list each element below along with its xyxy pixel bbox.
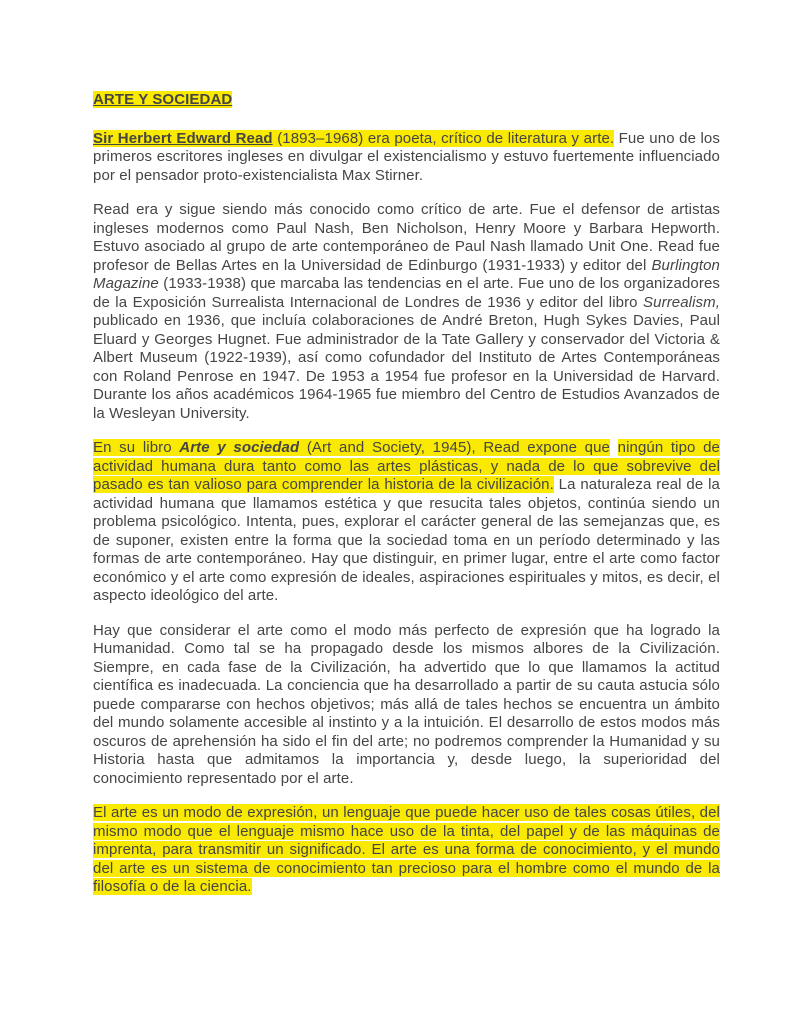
text-run: Surrealism, [643, 294, 720, 311]
paragraph-author-intro: Sir Herbert Edward Read (1893–1968) era … [93, 130, 720, 186]
text-run [610, 439, 618, 456]
paragraph-career: Read era y sigue siendo más conocido com… [93, 201, 720, 423]
highlighted-text-run: En su libro [93, 439, 179, 456]
highlighted-text-run: El arte es un modo de expresión, un leng… [93, 804, 720, 895]
text-run: Hay que considerar el arte como el modo … [93, 622, 720, 787]
document-title: ARTE Y SOCIEDAD [93, 91, 720, 110]
text-run: publicado en 1936, que incluía colaborac… [93, 312, 720, 422]
document-page: { "page": { "background_color": "#ffffff… [0, 0, 791, 1024]
highlighted-text-run: Arte y sociedad [179, 439, 299, 456]
highlighted-text-run: (Art and Society, 1945), Read expone que [299, 439, 610, 456]
page-canvas: ARTE Y SOCIEDADSir Herbert Edward Read (… [0, 0, 791, 1024]
paragraph-art-language: El arte es un modo de expresión, un leng… [93, 804, 720, 897]
paragraph-arte-y-sociedad: En su libro Arte y sociedad (Art and Soc… [93, 439, 720, 606]
text-run: La naturaleza real de la actividad human… [93, 476, 720, 604]
document-content: ARTE Y SOCIEDADSir Herbert Edward Read (… [93, 91, 720, 913]
highlighted-text-run: ARTE Y SOCIEDAD [93, 91, 232, 108]
text-run: (1933-1938) que marcaba las tendencias e… [93, 275, 720, 311]
paragraph-art-knowledge: Hay que considerar el arte como el modo … [93, 622, 720, 789]
highlighted-text-run: (1893–1968) era poeta, crítico de litera… [273, 130, 614, 147]
text-run: Read era y sigue siendo más conocido com… [93, 201, 720, 274]
highlighted-text-run: Sir Herbert Edward Read [93, 130, 273, 147]
